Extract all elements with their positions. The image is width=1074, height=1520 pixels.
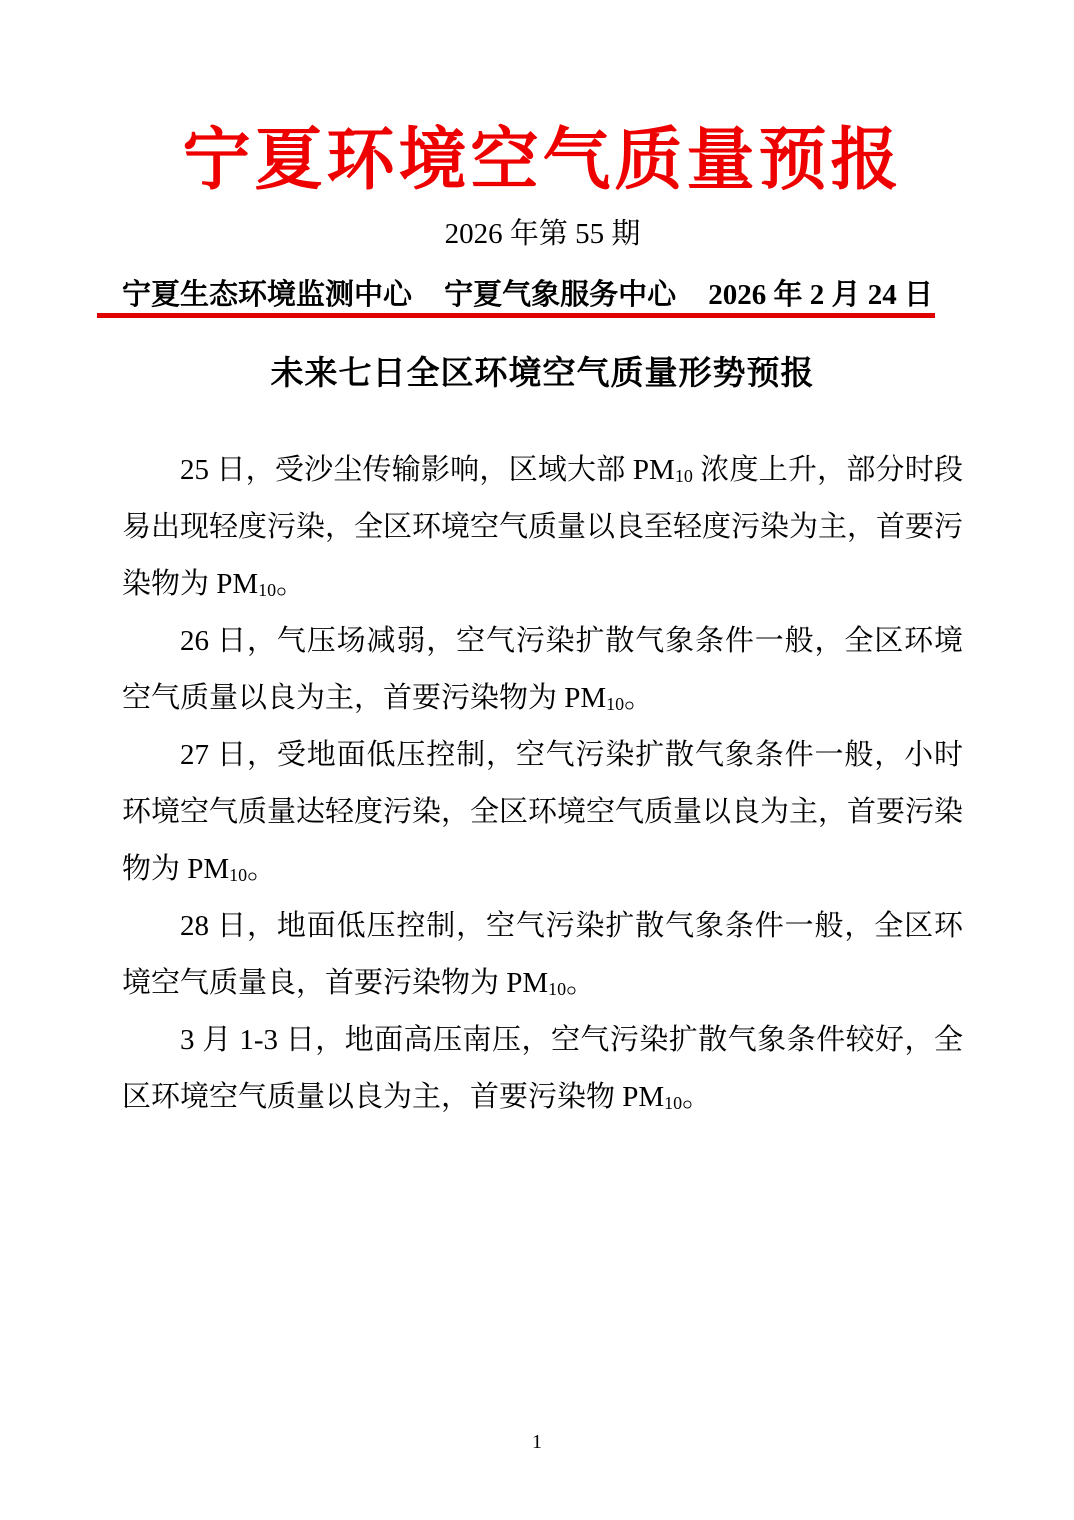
subscript: 10 [229,865,247,885]
body-paragraph: 27 日，受地面低压控制，空气污染扩散气象条件一般，小时环境空气质量达轻度污染，… [122,727,963,898]
subscript: 10 [675,466,693,486]
section-title: 未来七日全区环境空气质量形势预报 [122,352,963,394]
body-paragraph: 26 日，气压场减弱，空气污染扩散气象条件一般，全区环境空气质量以良为主，首要污… [122,613,963,727]
page-number: 1 [0,1430,1074,1454]
content-area: 宁夏环境空气质量预报 2026 年第 55 期 宁夏生态环境监测中心 宁夏气象服… [122,0,963,1126]
org-monitoring-center: 宁夏生态环境监测中心 [122,278,412,312]
document-title: 宁夏环境空气质量预报 [122,118,963,202]
body-text: 25 日，受沙尘传输影响，区域大部 PM10 浓度上升，部分时段易出现轻度污染，… [122,442,963,1126]
body-paragraph: 28 日，地面低压控制，空气污染扩散气象条件一般，全区环境空气质量良，首要污染物… [122,898,963,1012]
body-paragraph: 3 月 1-3 日，地面高压南压，空气污染扩散气象条件较好，全区环境空气质量以良… [122,1012,963,1126]
subscript: 10 [548,979,566,999]
body-paragraph: 25 日，受沙尘传输影响，区域大部 PM10 浓度上升，部分时段易出现轻度污染，… [122,442,963,613]
subscript: 10 [258,580,276,600]
header-row: 宁夏生态环境监测中心 宁夏气象服务中心 2026 年 2 月 24 日 [122,278,933,312]
issue-number: 2026 年第 55 期 [122,216,963,252]
document-page: 宁夏环境空气质量预报 2026 年第 55 期 宁夏生态环境监测中心 宁夏气象服… [0,0,1074,1520]
subscript: 10 [606,694,624,714]
subscript: 10 [664,1093,682,1113]
red-divider-rule [97,313,935,318]
org-weather-service-center: 宁夏气象服务中心 [444,278,676,312]
publish-date: 2026 年 2 月 24 日 [708,278,933,312]
